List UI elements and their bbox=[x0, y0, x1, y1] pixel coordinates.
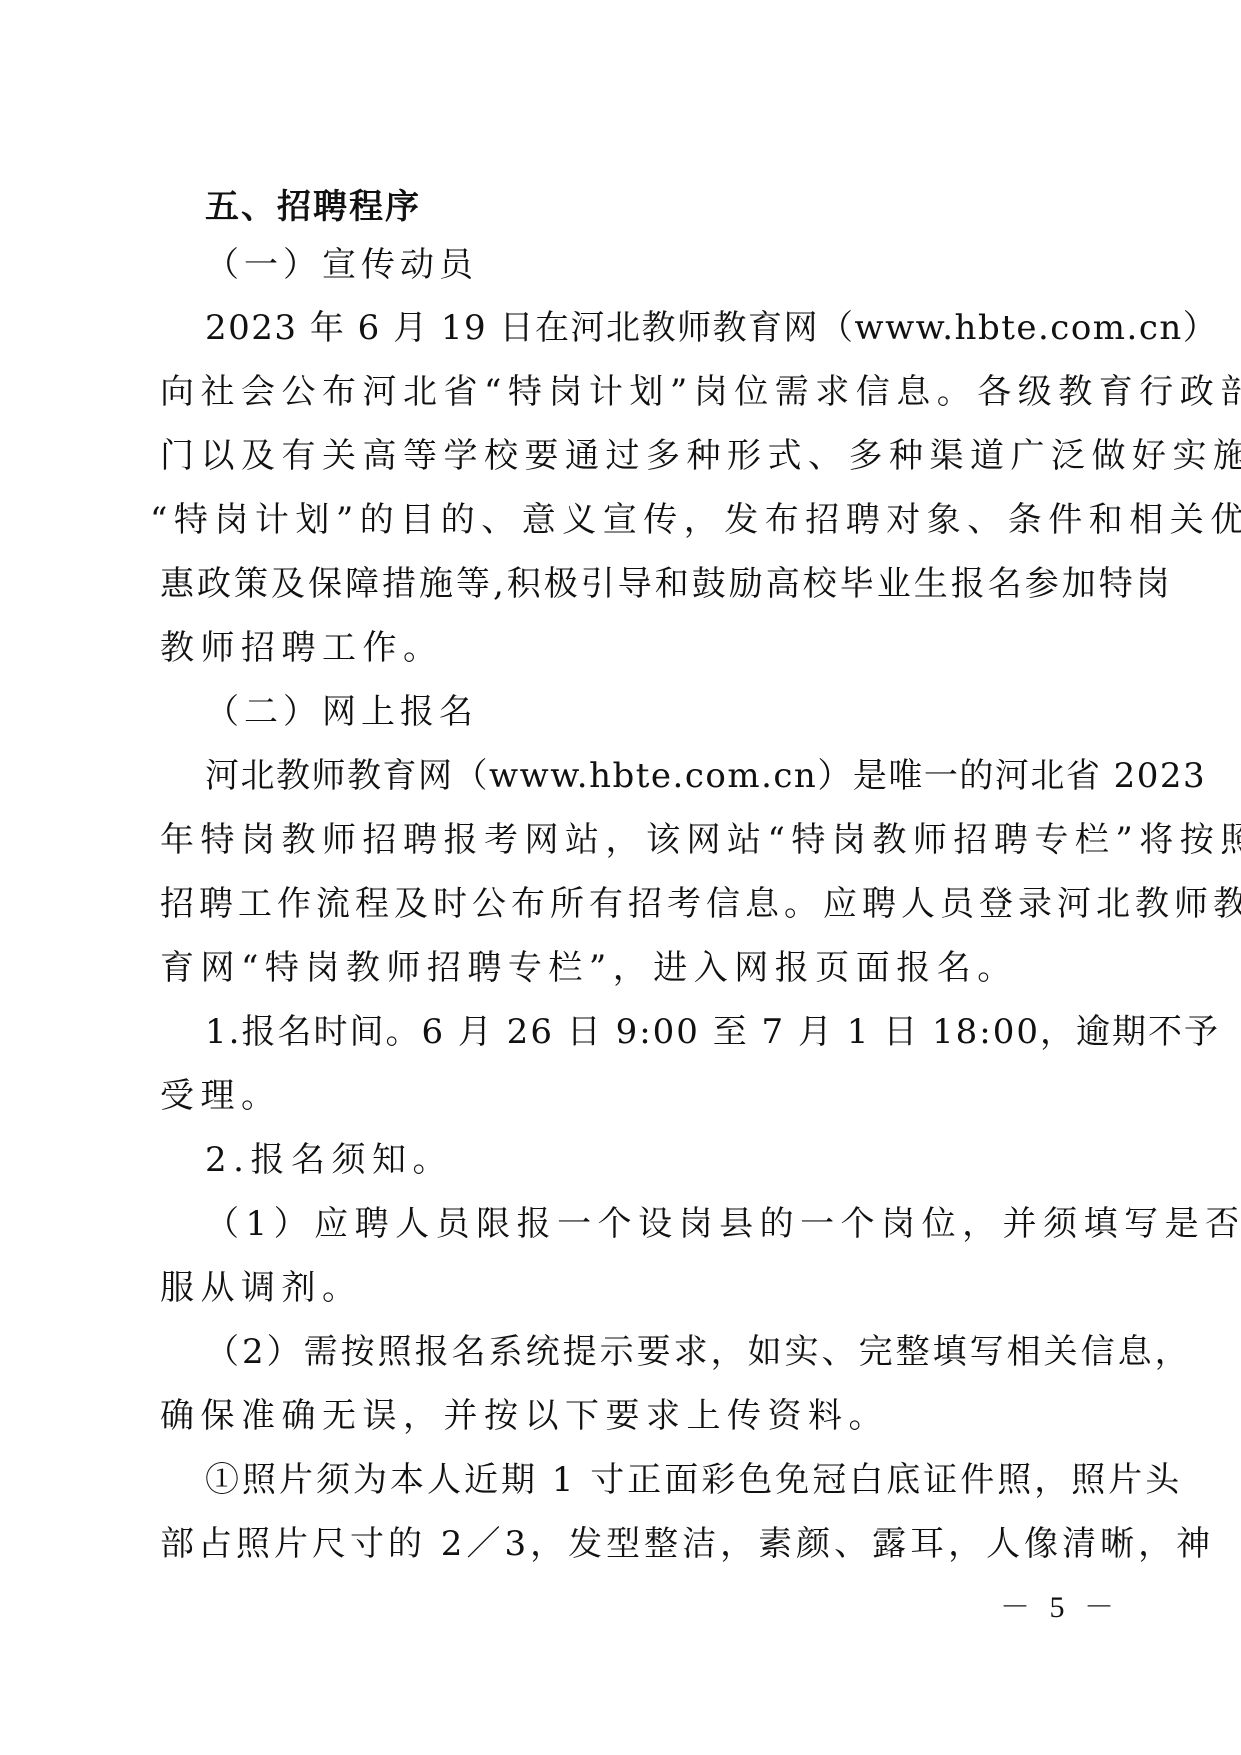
paragraph-line: 2023 年 6 月 19 日在河北教师教育网（www.hbte.com.cn） bbox=[205, 308, 1117, 348]
paragraph-line: 惠政策及保障措施等,积极引导和鼓励高校毕业生报名参加特岗 bbox=[160, 564, 1072, 604]
paragraph-line: 受理。 bbox=[160, 1076, 1072, 1116]
paragraph-line: 招聘工作流程及时公布所有招考信息。应聘人员登录河北教师教 bbox=[160, 884, 1072, 924]
paragraph-line: 部占照片尺寸的 2／3，发型整洁，素颜、露耳，人像清晰，神 bbox=[160, 1524, 1072, 1564]
page-number: － 5 － bbox=[1000, 1590, 1120, 1626]
paragraph-line: 门以及有关高等学校要通过多种形式、多种渠道广泛做好实施 bbox=[160, 436, 1072, 476]
paragraph-line: 服从调剂。 bbox=[160, 1268, 1072, 1308]
paragraph-line: “特岗计划”的目的、意义宣传，发布招聘对象、条件和相关优 bbox=[150, 500, 1062, 540]
subsection-heading-online-registration: （二）网上报名 bbox=[205, 692, 1117, 732]
section-heading: 五、招聘程序 bbox=[205, 187, 1117, 227]
subsection-heading-publicity: （一）宣传动员 bbox=[205, 245, 1117, 285]
document-page: 五、招聘程序 （一）宣传动员 2023 年 6 月 19 日在河北教师教育网（w… bbox=[0, 0, 1241, 1755]
paragraph-line: （2）需按照报名系统提示要求，如实、完整填写相关信息， bbox=[205, 1332, 1117, 1372]
registration-notice-heading: 2.报名须知。 bbox=[205, 1140, 1117, 1180]
paragraph-line: ①照片须为本人近期 1 寸正面彩色免冠白底证件照，照片头 bbox=[205, 1460, 1117, 1500]
paragraph-line: 河北教师教育网（www.hbte.com.cn）是唯一的河北省 2023 bbox=[205, 756, 1117, 796]
paragraph-line: 向社会公布河北省“特岗计划”岗位需求信息。各级教育行政部 bbox=[160, 372, 1072, 412]
paragraph-line: 年特岗教师招聘报考网站，该网站“特岗教师招聘专栏”将按照 bbox=[160, 820, 1072, 860]
paragraph-line: （1）应聘人员限报一个设岗县的一个岗位，并须填写是否 bbox=[205, 1204, 1117, 1244]
registration-time-line: 1.报名时间。6 月 26 日 9:00 至 7 月 1 日 18:00，逾期不… bbox=[205, 1012, 1117, 1052]
paragraph-line: 教师招聘工作。 bbox=[160, 628, 1072, 668]
paragraph-line: 育网“特岗教师招聘专栏”，进入网报页面报名。 bbox=[160, 948, 1072, 988]
paragraph-line: 确保准确无误，并按以下要求上传资料。 bbox=[160, 1396, 1072, 1436]
